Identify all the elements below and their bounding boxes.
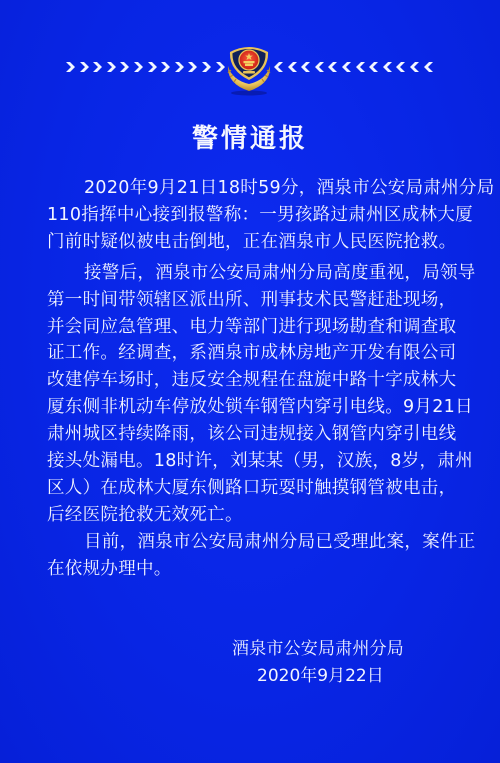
body-line: 并会同应急管理、电力等部门进行现场勘查和调查取: [47, 314, 459, 341]
chevron-left-icon: [272, 60, 286, 74]
body-line: 区人）在成林大厦东侧路口玩耍时触摸钢管被电击，: [47, 475, 459, 502]
chevron-left-icon: [394, 60, 408, 74]
notice-title: 警情通报: [0, 118, 500, 155]
body-line: 证工作。经调查，系酒泉市成林房地产开发有限公司: [47, 340, 459, 367]
body-line: 门前时疑似被电击倒地，正在酒泉市人民医院抢救。: [47, 229, 459, 256]
police-emblem-icon: [222, 40, 276, 96]
chevron-right-icon: [159, 60, 173, 74]
chevron-left-icon: [286, 60, 300, 74]
chevron-left-icon: [422, 60, 436, 74]
body-line: 肃州城区持续降雨，该公司违规接入钢管内穿引电线: [47, 421, 459, 448]
body-line: 后经医院抢救无效死亡。: [47, 502, 459, 529]
chevron-right-icon: [200, 60, 214, 74]
chevron-left-icon: [354, 60, 368, 74]
chevron-right-icon: [132, 60, 146, 74]
body-line: 2020年9月21日18时59分，酒泉市公安局肃州分局: [47, 175, 459, 202]
chevron-right-icon: [78, 60, 92, 74]
right-chevron-row: [272, 59, 435, 75]
paragraph-investigation: 接警后，酒泉市公安局肃州分局高度重视，局领导 第一时间带领辖区派出所、刑事技术民…: [47, 260, 459, 529]
chevron-right-icon: [105, 60, 119, 74]
chevron-left-icon: [340, 60, 354, 74]
body-line: 在依规办理中。: [47, 556, 459, 583]
body-line: 厦东侧非机动车停放处锁车钢管内穿引电线。9月21日: [47, 394, 459, 421]
chevron-right-icon: [91, 60, 105, 74]
signature-date: 2020年9月22日: [232, 663, 432, 690]
paragraph-status: 目前，酒泉市公安局肃州分局已受理此案，案件正 在依规办理中。: [47, 529, 459, 583]
body-line: 第一时间带领辖区派出所、刑事技术民警赶赴现场，: [47, 287, 459, 314]
chevron-right-icon: [64, 60, 78, 74]
body-line: 110指挥中心接到报警称：一男孩路过肃州区成林大厦: [47, 202, 459, 229]
police-notice-page: 警情通报 2020年9月21日18时59分，酒泉市公安局肃州分局 110指挥中心…: [0, 0, 500, 763]
notice-body: 2020年9月21日18时59分，酒泉市公安局肃州分局 110指挥中心接到报警称…: [47, 175, 459, 583]
chevron-right-icon: [146, 60, 160, 74]
chevron-left-icon: [326, 60, 340, 74]
body-line: 改建停车场时，违反安全规程在盘旋中路十字成林大: [47, 367, 459, 394]
chevron-right-icon: [118, 60, 132, 74]
body-line: 目前，酒泉市公安局肃州分局已受理此案，案件正: [47, 529, 459, 556]
left-chevron-row: [64, 59, 227, 75]
chevron-left-icon: [408, 60, 422, 74]
paragraph-incident: 2020年9月21日18时59分，酒泉市公安局肃州分局 110指挥中心接到报警称…: [47, 175, 459, 256]
body-line: 接警后，酒泉市公安局肃州分局高度重视，局领导: [47, 260, 459, 287]
chevron-left-icon: [299, 60, 313, 74]
signature-organization: 酒泉市公安局肃州分局: [232, 636, 432, 663]
chevron-right-icon: [173, 60, 187, 74]
header-banner: [0, 40, 500, 96]
body-line: 接头处漏电。18时许，刘某某（男，汉族，8岁，肃州: [47, 448, 459, 475]
signature-block: 酒泉市公安局肃州分局 2020年9月22日: [232, 636, 432, 690]
chevron-left-icon: [381, 60, 395, 74]
chevron-right-icon: [186, 60, 200, 74]
chevron-left-icon: [313, 60, 327, 74]
chevron-left-icon: [367, 60, 381, 74]
